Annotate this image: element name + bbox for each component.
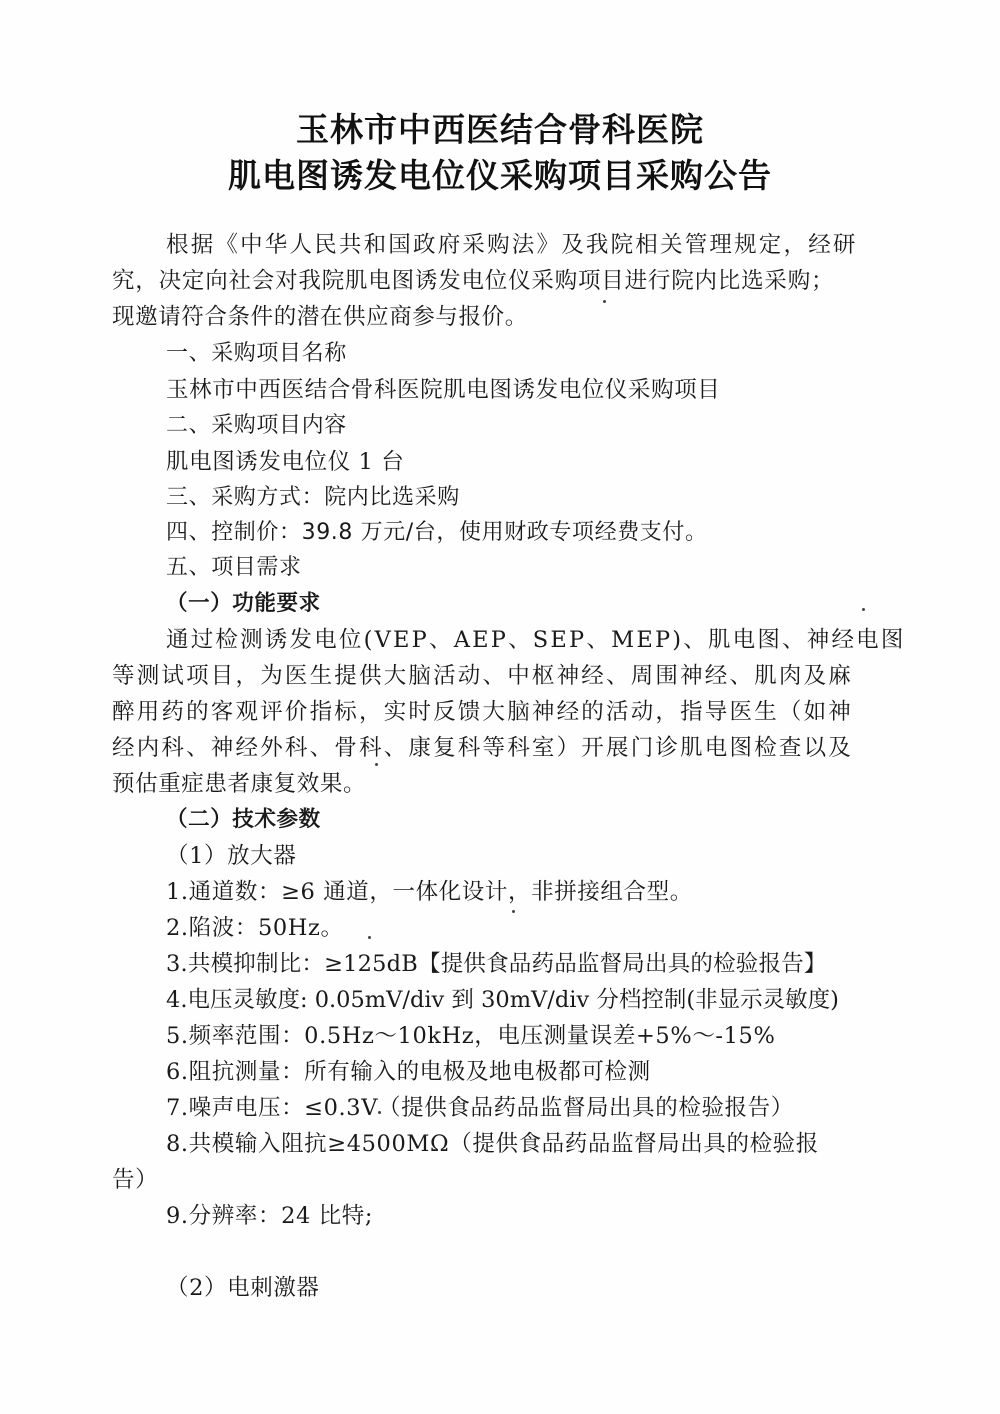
- functional-paragraph-line-3: 醉用药的客观评价指标，实时反馈大脑神经的活动，指导医生（如神: [112, 697, 853, 727]
- amplifier-item-9: 9.分辨率：24 比特;: [166, 1201, 373, 1231]
- scan-speck: [368, 936, 371, 939]
- amplifier-heading: （1）放大器: [166, 841, 296, 871]
- intro-line-2: 究，决定向社会对我院肌电图诱发电位仪采购项目进行院内比选采购；: [112, 266, 834, 296]
- amplifier-item-2: 2.陷波：50Hz。: [166, 913, 344, 943]
- scan-speck: [603, 300, 606, 303]
- functional-paragraph-line-1: 通过检测诱发电位(VEP、AEP、SEP、MEP)、肌电图、神经电图: [166, 625, 906, 655]
- section3-heading: 三、采购方式：院内比选采购: [166, 483, 460, 513]
- technical-parameters-heading: （二）技术参数: [166, 805, 321, 835]
- scan-speck: [375, 763, 378, 766]
- amplifier-item-8: 8.共模输入阻抗≥4500MΩ（提供食品药品监督局出具的检验报: [166, 1129, 819, 1159]
- amplifier-item-3: 3.共模抑制比：≥125dB【提供食品药品监督局出具的检验报告】: [166, 949, 827, 979]
- section1-heading: 一、采购项目名称: [166, 339, 347, 369]
- amplifier-item-4: 4.电压灵敏度: 0.05mV/div 到 30mV/div 分档控制(非显示灵…: [166, 985, 839, 1015]
- document-title-line1: 玉林市中西医结合骨科医院: [0, 104, 1000, 151]
- intro-line-3: 现邀请符合条件的潜在供应商参与报价。: [112, 302, 528, 332]
- scan-speck: [378, 1111, 381, 1114]
- functional-paragraph-line-5: 预估重症患者康复效果。: [112, 769, 366, 799]
- section4-heading: 四、控制价：39.8 万元/台，使用财政专项经费支付。: [166, 518, 708, 548]
- section2-heading: 二、采购项目内容: [166, 411, 347, 441]
- scan-speck: [512, 910, 515, 913]
- document-page: 玉林市中西医结合骨科医院 肌电图诱发电位仪采购项目采购公告 根据《中华人民共和国…: [0, 0, 1000, 1414]
- amplifier-item-8-continued: 告）: [112, 1165, 158, 1195]
- amplifier-item-5: 5.频率范围：0.5Hz～10kHz，电压测量误差+5%～-15%: [166, 1021, 775, 1051]
- functional-paragraph-line-4: 经内科、神经外科、骨科、康复科等科室）开展门诊肌电图检查以及: [112, 733, 853, 763]
- document-title-line2: 肌电图诱发电位仪采购项目采购公告: [0, 150, 1000, 197]
- scan-speck: [862, 608, 865, 611]
- section1-content: 玉林市中西医结合骨科医院肌电图诱发电位仪采购项目: [166, 375, 720, 405]
- stimulator-heading: （2）电刺激器: [166, 1273, 320, 1303]
- amplifier-item-7: 7.噪声电压：≤0.3V（提供食品药品监督局出具的检验报告）: [166, 1093, 794, 1123]
- amplifier-item-1: 1.通道数：≥6 通道，一体化设计，非拼接组合型。: [166, 877, 693, 907]
- amplifier-item-6: 6.阻抗测量：所有输入的电极及地电极都可检测: [166, 1057, 651, 1087]
- functional-paragraph-line-2: 等测试项目，为医生提供大脑活动、中枢神经、周围神经、肌肉及麻: [112, 661, 853, 691]
- section2-content: 肌电图诱发电位仪 1 台: [166, 447, 404, 477]
- section5-heading: 五、项目需求: [166, 553, 302, 583]
- intro-line-1: 根据《中华人民共和国政府采购法》及我院相关管理规定，经研: [166, 230, 858, 260]
- functional-requirements-heading: （一）功能要求: [166, 589, 321, 619]
